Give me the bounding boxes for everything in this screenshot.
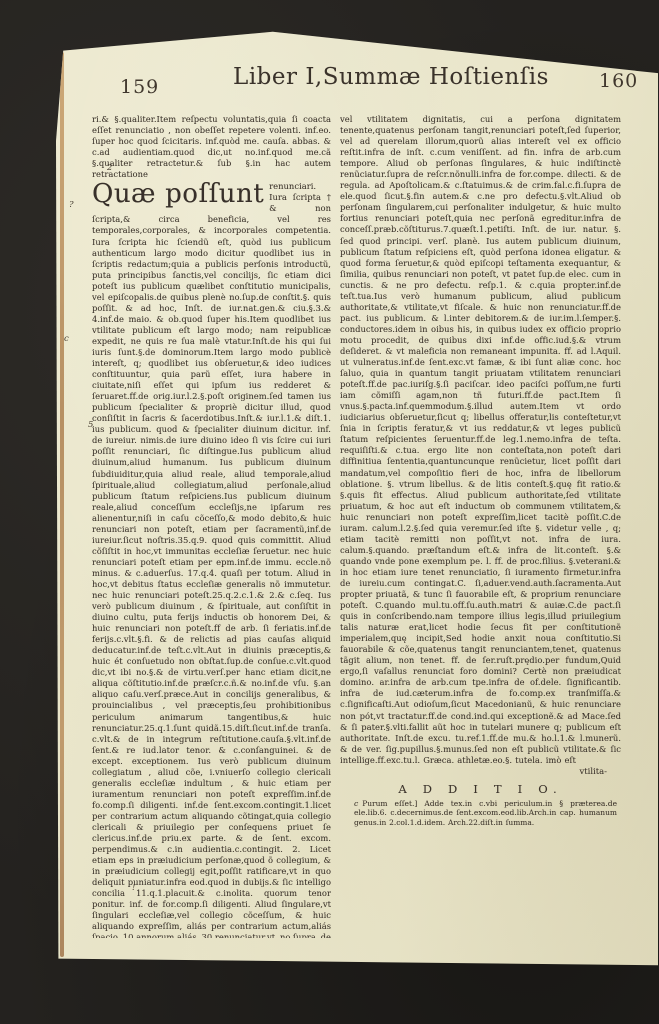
page-spine-edge: [60, 52, 64, 957]
additio-note: cPurum eſſet.] Adde tex.in c.vbi pericul…: [354, 799, 617, 828]
margin-note: c: [64, 334, 69, 344]
additio-heading: A D D I T I O.: [340, 784, 621, 795]
section-heading-quae-possunt: Quæ poſſunt: [92, 181, 269, 206]
folio-number-right: 160: [599, 70, 638, 92]
additio-note-text: Purum eſſet.] Adde tex.in c.vbi periculu…: [354, 799, 617, 827]
left-text-column: ri.& §.qualiter.Item reſpectu voluntatis…: [92, 114, 331, 938]
right-column-body-text: vel vtilitatem dignitatis, cui a perſona…: [340, 114, 621, 766]
running-title: Liber I,Summæ Hoſtienſis: [206, 64, 576, 90]
book-page-scan: 159 Liber I,Summæ Hoſtienſis 160 ? 2 c 5…: [56, 28, 658, 969]
catchword: vtilita-: [340, 766, 621, 777]
additio-note-letter: c: [354, 799, 362, 809]
right-text-column: vel vtilitatem dignitatis, cui a perſona…: [340, 114, 621, 954]
margin-note: ?: [69, 200, 74, 210]
left-column-lemma-paragraph: Quæ poſſuntrenunciari. Iura ſcripta † & …: [92, 181, 331, 938]
left-column-body-text: renunciari. Iura ſcripta † & non ſcripta…: [92, 181, 331, 938]
left-column-intro-paragraph: ri.& §.qualiter.Item reſpectu voluntatis…: [92, 114, 331, 180]
folio-number-left: 159: [120, 76, 159, 98]
